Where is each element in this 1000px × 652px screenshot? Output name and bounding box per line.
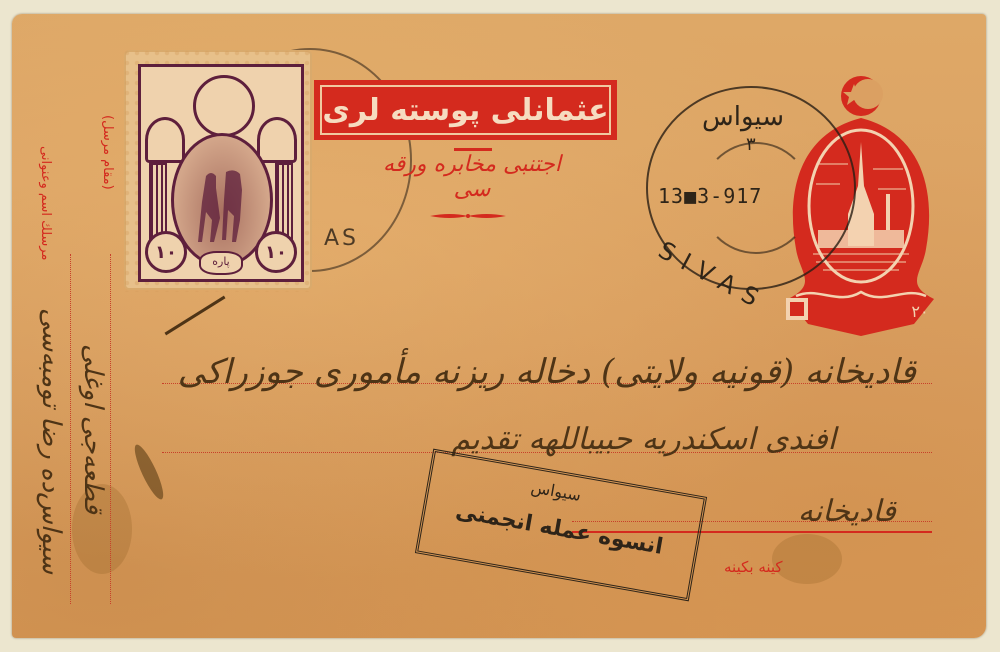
censor-cachet: سيواس انسوه عمله انجمنى (415, 449, 707, 602)
stamp-frame: ١٠ ١٠ پاره (138, 64, 304, 282)
mosque-dome-icon (257, 117, 297, 163)
postmark-district: ٣ (746, 134, 756, 155)
address-text-3: قاديخانه (798, 494, 896, 529)
banner-rule (454, 148, 492, 151)
sender-line-1 (70, 254, 71, 604)
tughra-emblem-icon (193, 75, 255, 137)
ink-stroke (165, 296, 226, 336)
address-text-2: افندى اسكندريه حبيباللهه تقديم (451, 422, 836, 457)
soldier-figures-icon (196, 166, 246, 246)
postmark-city-arabic: سيواس (702, 102, 784, 132)
ink-stroke (130, 442, 168, 502)
sender-sublabel: (مقام مرسل) (100, 110, 115, 190)
adhesive-stamp: ١٠ ١٠ پاره (126, 52, 310, 288)
header-banner: عثمانلى پوسته لرى (314, 80, 617, 140)
stamp-value-right: ١٠ (255, 231, 297, 273)
secondary-postmark-text: AS (324, 226, 359, 251)
footer-imprint: كينه بكينه (724, 558, 783, 576)
sender-label: مرسلك اسم وعنوانى (38, 90, 53, 260)
stamp-value-left: ١٠ (145, 231, 187, 273)
mosque-dome-icon (145, 117, 185, 163)
sender-handwriting-2: قطعه‌جى اوغلى (78, 264, 108, 514)
sender-handwriting-1: سيواس‌ده رضا تومبه‌سى (36, 244, 66, 574)
ornament-icon (430, 211, 506, 221)
indicium-value: ٢٠ (911, 302, 928, 321)
postmark-date: 13■3-917 (658, 184, 762, 208)
cachet-line-2: انسوه عمله انجمنى (454, 499, 665, 560)
postcard: مرسلك اسم وعنوانى (مقام مرسل) سيواس‌ده ر… (12, 14, 986, 638)
stamp-denomination: پاره (199, 251, 243, 275)
sender-line-2 (110, 254, 111, 604)
address-text-1: قاديخانه (قونيه ولايتى) دخاله ريزنه مأمو… (178, 352, 916, 392)
cachet-line-1: سيواس (530, 477, 583, 504)
banner-title: عثمانلى پوسته لرى (322, 93, 608, 128)
card-subtitle: اجتنبى مخابره ورقه سى (372, 152, 572, 202)
